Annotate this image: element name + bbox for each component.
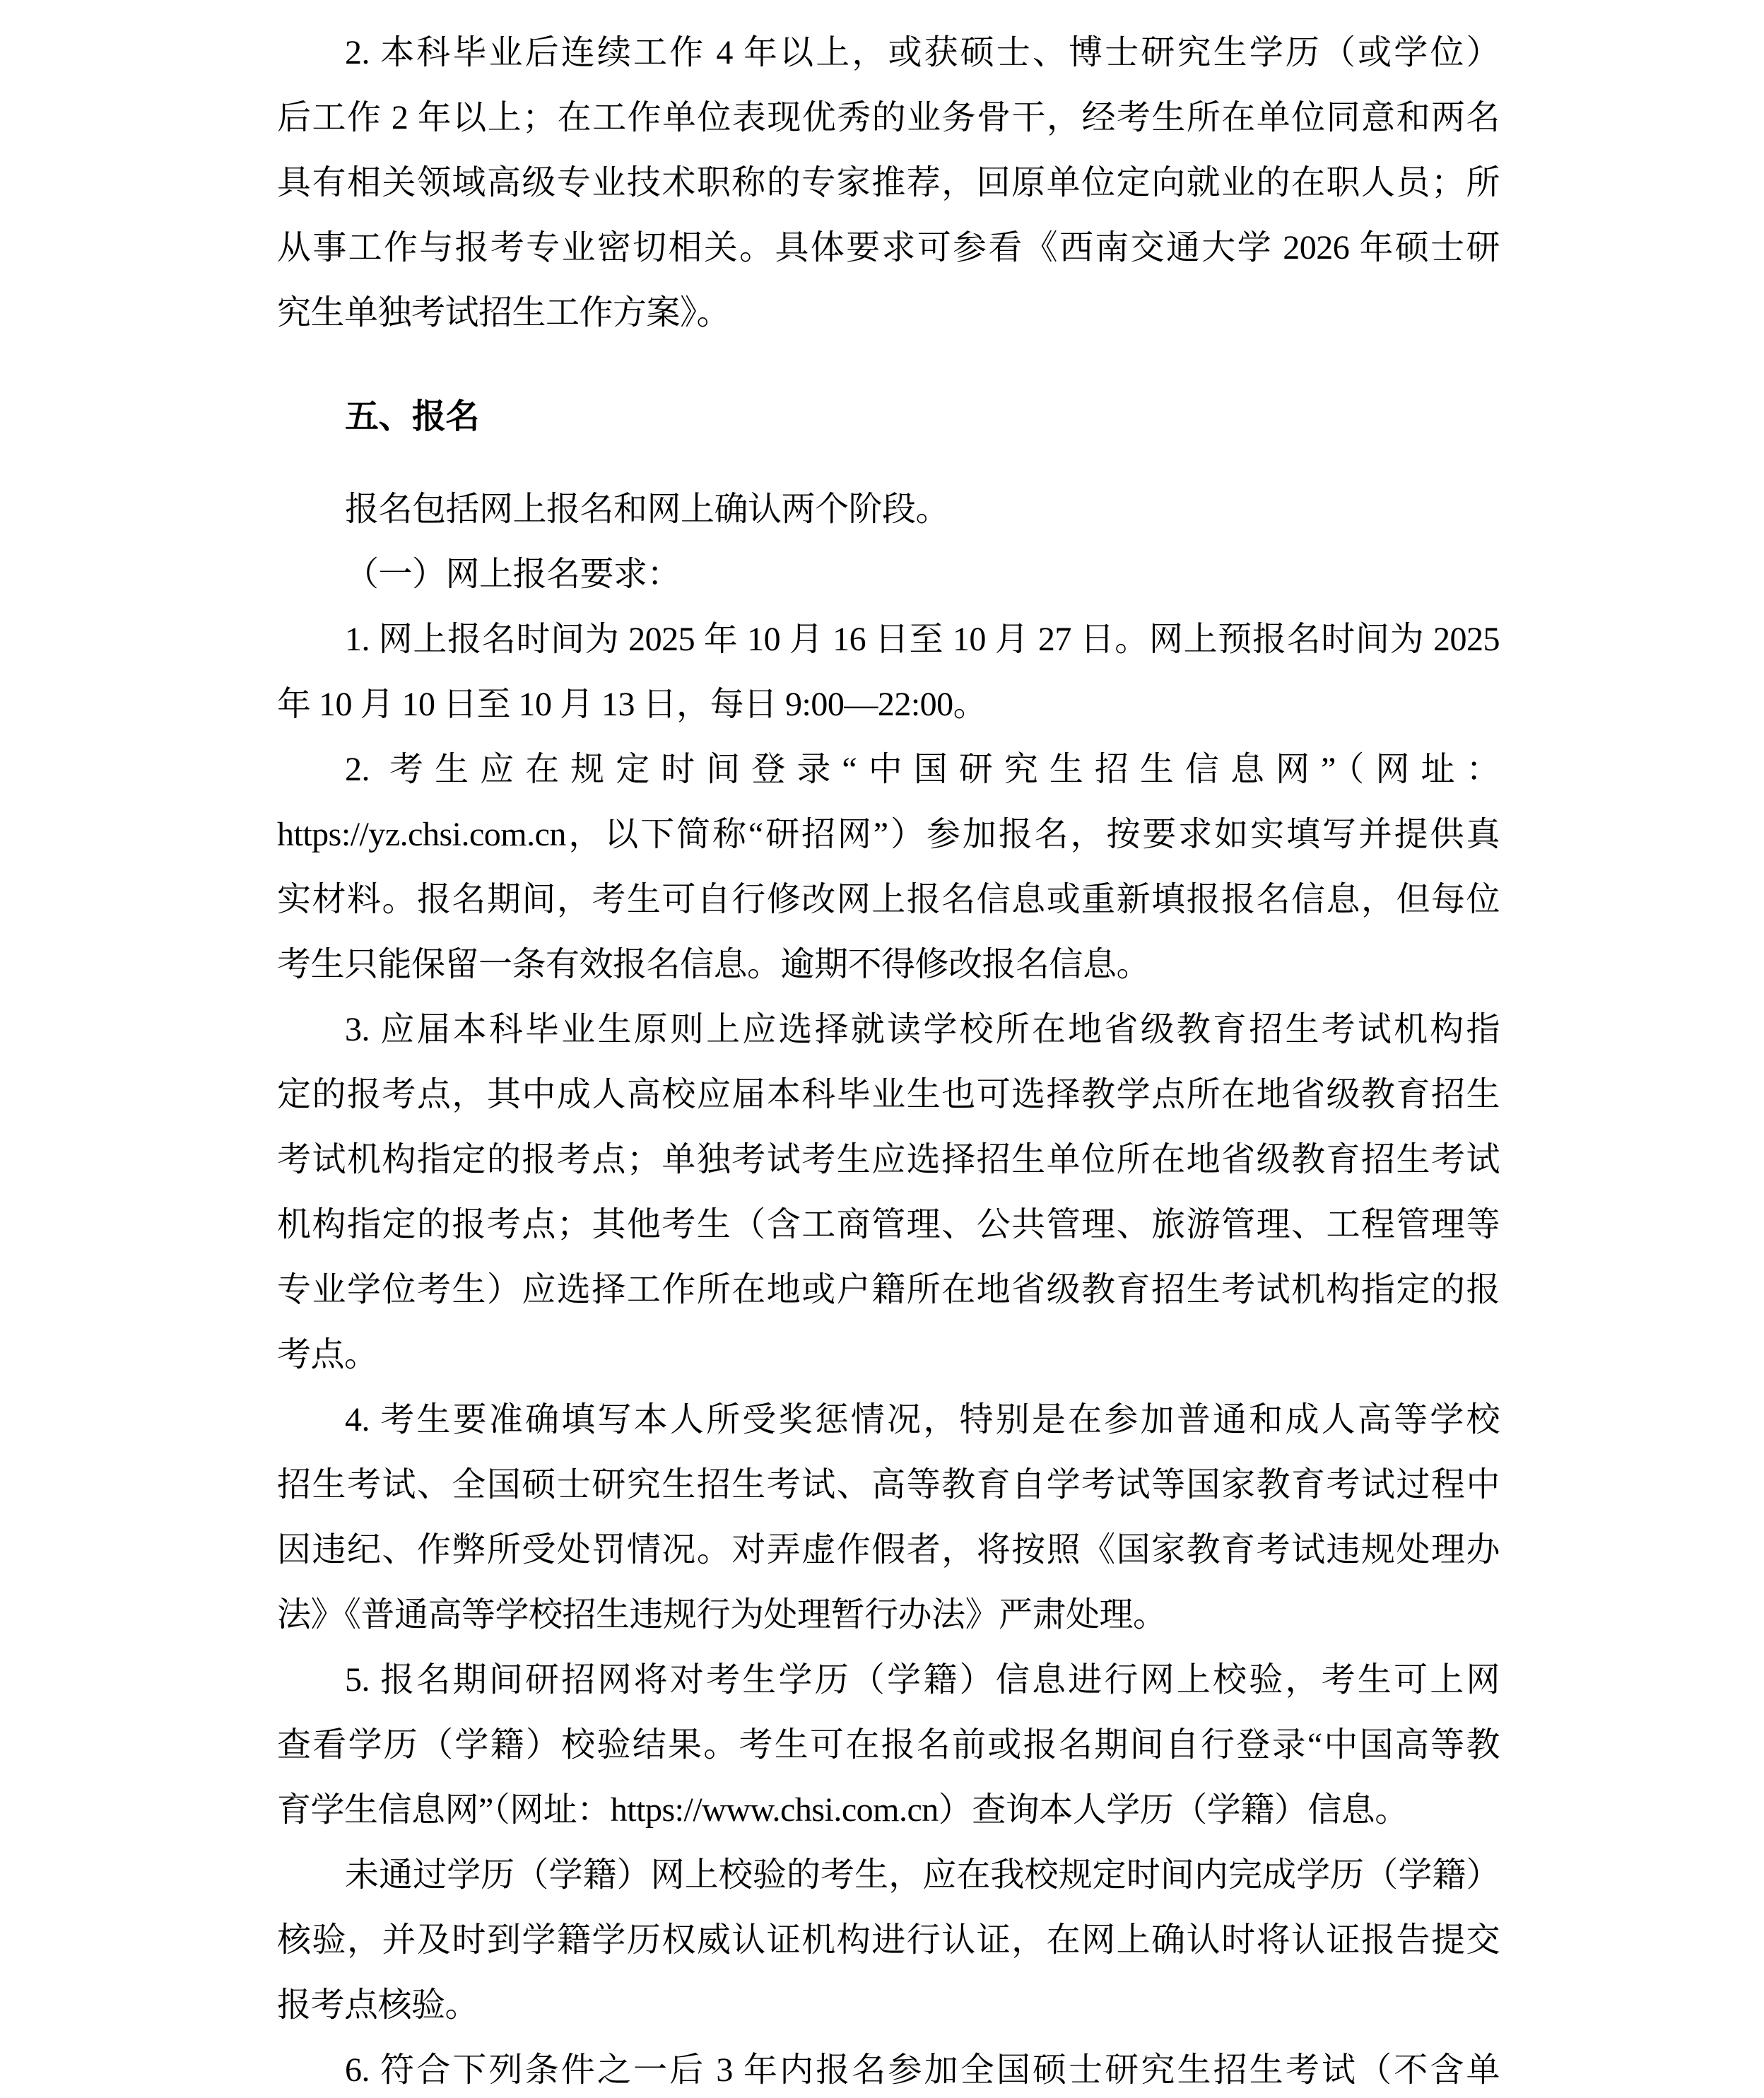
document-line-19: 专业学位考生）应选择工作所在地或户籍所在地省级教育招生考试机构指定的报 <box>277 1258 1500 1323</box>
document-line-25: 5. 报名期间研招网将对考生学历（学籍）信息进行网上校验，考生可上网 <box>277 1648 1500 1713</box>
document-line-18: 机构指定的报考点；其他考生（含工商管理、公共管理、旅游管理、工程管理等 <box>277 1192 1500 1258</box>
document-line-28: 未通过学历（学籍）网上校验的考生，应在我校规定时间内完成学历（学籍） <box>277 1843 1500 1908</box>
document-line-31: 6. 符合下列条件之一后 3 年内报名参加全国硕士研究生招生考试（不含单 <box>277 2038 1500 2098</box>
document-line-5: 究生单独考试招生工作方案》。 <box>277 281 1500 346</box>
document-line-7: 报名包括网上报名和网上确认两个阶段。 <box>277 477 1500 542</box>
document-line-26: 查看学历（学籍）校验结果。考生可在报名前或报名期间自行登录“中国高等教 <box>277 1713 1500 1778</box>
document-line-9: 1. 网上报名时间为 2025 年 10 月 16 日至 10 月 27 日。网… <box>277 607 1500 672</box>
document-line-4: 从事工作与报考专业密切相关。具体要求可参看《西南交通大学 2026 年硕士研 <box>277 216 1500 281</box>
document-line-23: 因违纪、作弊所受处罚情况。对弄虚作假者，将按照《国家教育考试违规处理办 <box>277 1518 1500 1583</box>
document-line-22: 招生考试、全国硕士研究生招生考试、高等教育自学考试等国家教育考试过程中 <box>277 1453 1500 1518</box>
document-line-10: 年 10 月 10 日至 10 月 13 日，每日 9:00—22:00。 <box>277 672 1500 737</box>
document-line-30: 报考点核验。 <box>277 1973 1500 2038</box>
document-line-16: 定的报考点，其中成人高校应届本科毕业生也可选择教学点所在地省级教育招生 <box>277 1062 1500 1127</box>
document-line-27: 育学生信息网”（网址：https://www.chsi.com.cn）查询本人学… <box>277 1778 1500 1843</box>
text-block: 2. 本科毕业后连续工作 4 年以上，或获硕士、博士研究生学历（或学位）后工作 … <box>277 20 1500 2098</box>
document-line-12: https://yz.chsi.com.cn，以下简称“研招网”）参加报名，按要… <box>277 802 1500 867</box>
document-line-21: 4. 考生要准确填写本人所受奖惩情况，特别是在参加普通和成人高等学校 <box>277 1388 1500 1453</box>
document-line-15: 3. 应届本科毕业生原则上应选择就读学校所在地省级教育招生考试机构指 <box>277 997 1500 1062</box>
document-line-2: 后工作 2 年以上；在工作单位表现优秀的业务骨干，经考生所在单位同意和两名 <box>277 86 1500 151</box>
document-line-17: 考试机构指定的报考点；单独考试考生应选择招生单位所在地省级教育招生考试 <box>277 1127 1500 1192</box>
document-line-1: 2. 本科毕业后连续工作 4 年以上，或获硕士、博士研究生学历（或学位） <box>277 20 1500 86</box>
document-line-3: 具有相关领域高级专业技术职称的专家推荐，回原单位定向就业的在职人员；所 <box>277 151 1500 216</box>
document-line-13: 实材料。报名期间，考生可自行修改网上报名信息或重新填报报名信息，但每位 <box>277 867 1500 932</box>
document-line-11: 2. 考生应在规定时间登录“中国研究生招生信息网”（网址： <box>277 737 1500 802</box>
document-page: 2. 本科毕业后连续工作 4 年以上，或获硕士、博士研究生学历（或学位）后工作 … <box>0 0 1764 2098</box>
document-line-20: 考点。 <box>277 1323 1500 1388</box>
document-line-24: 法》《普通高等学校招生违规行为处理暂行办法》严肃处理。 <box>277 1583 1500 1648</box>
section-heading: 五、报名 <box>277 385 1500 450</box>
document-line-14: 考生只能保留一条有效报名信息。逾期不得修改报名信息。 <box>277 932 1500 997</box>
document-line-29: 核验，并及时到学籍学历权威认证机构进行认证，在网上确认时将认证报告提交 <box>277 1908 1500 1973</box>
document-line-8: （一）网上报名要求： <box>277 542 1500 607</box>
